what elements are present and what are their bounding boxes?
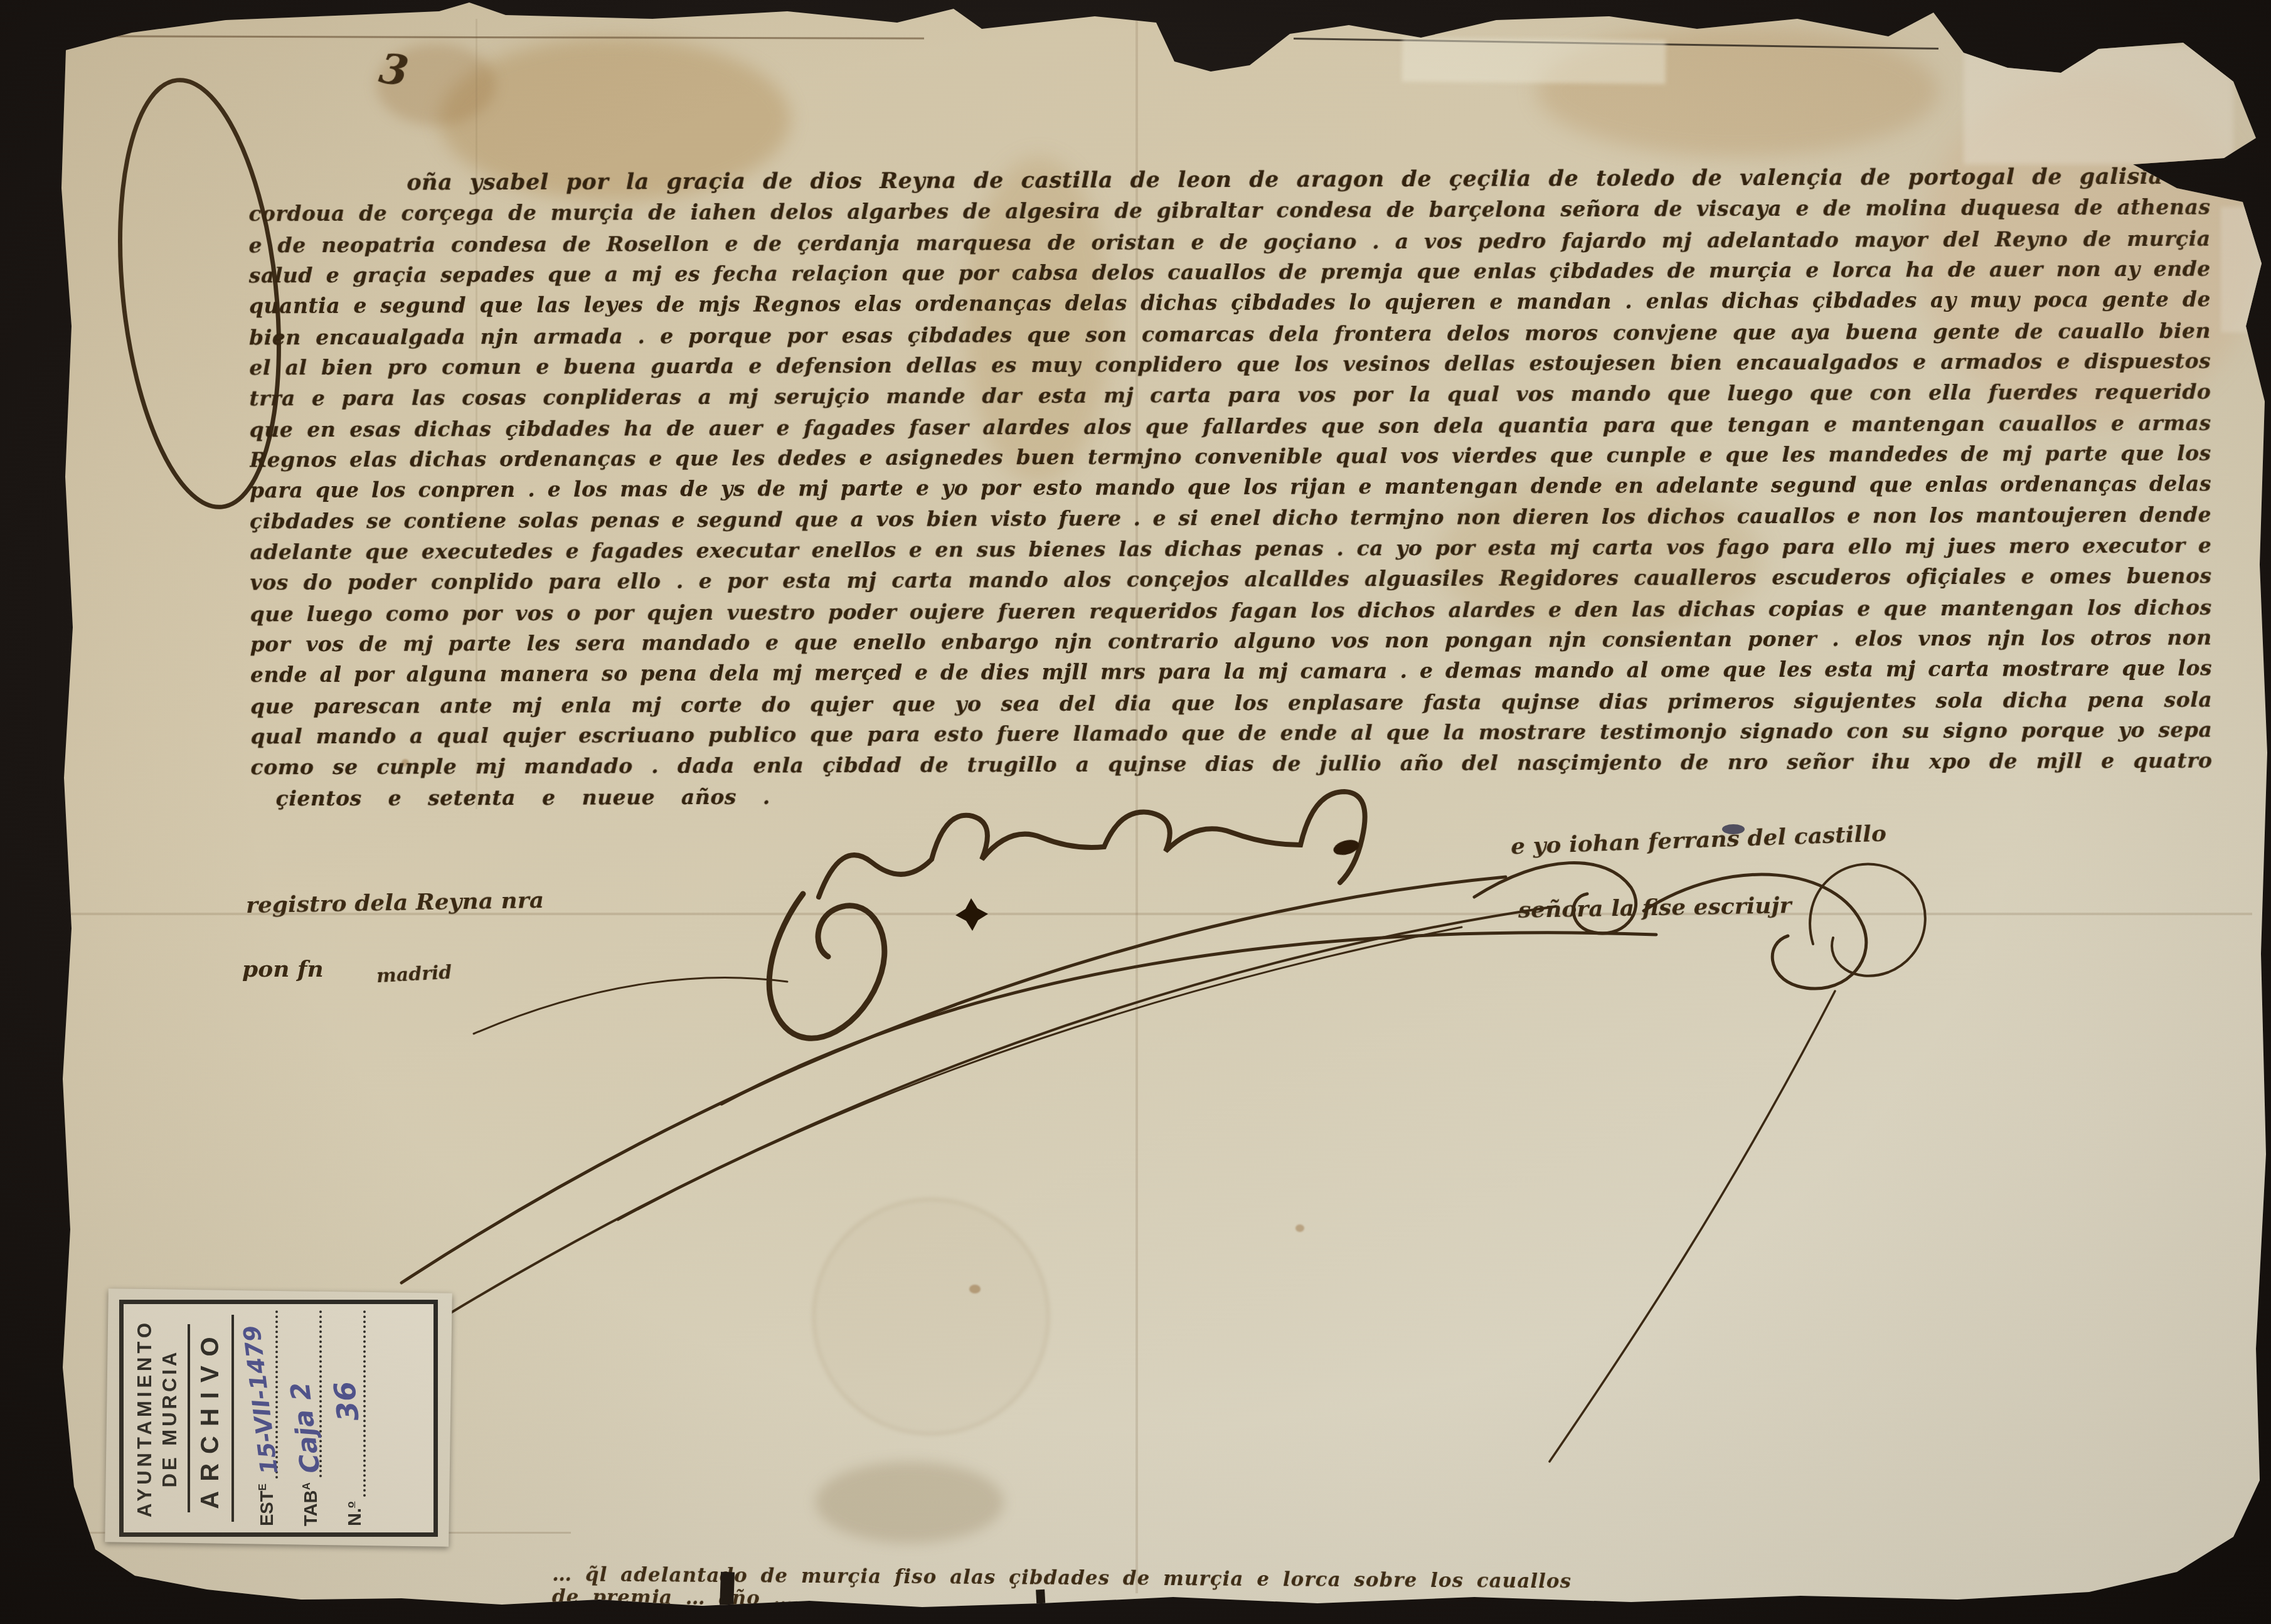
paper-vignette bbox=[0, 0, 2271, 1624]
manuscript-page: 3 oña ysabel por la graçia de dios Reyna… bbox=[0, 0, 2271, 1624]
photo-background: 3 oña ysabel por la graçia de dios Reyna… bbox=[0, 0, 2271, 1624]
